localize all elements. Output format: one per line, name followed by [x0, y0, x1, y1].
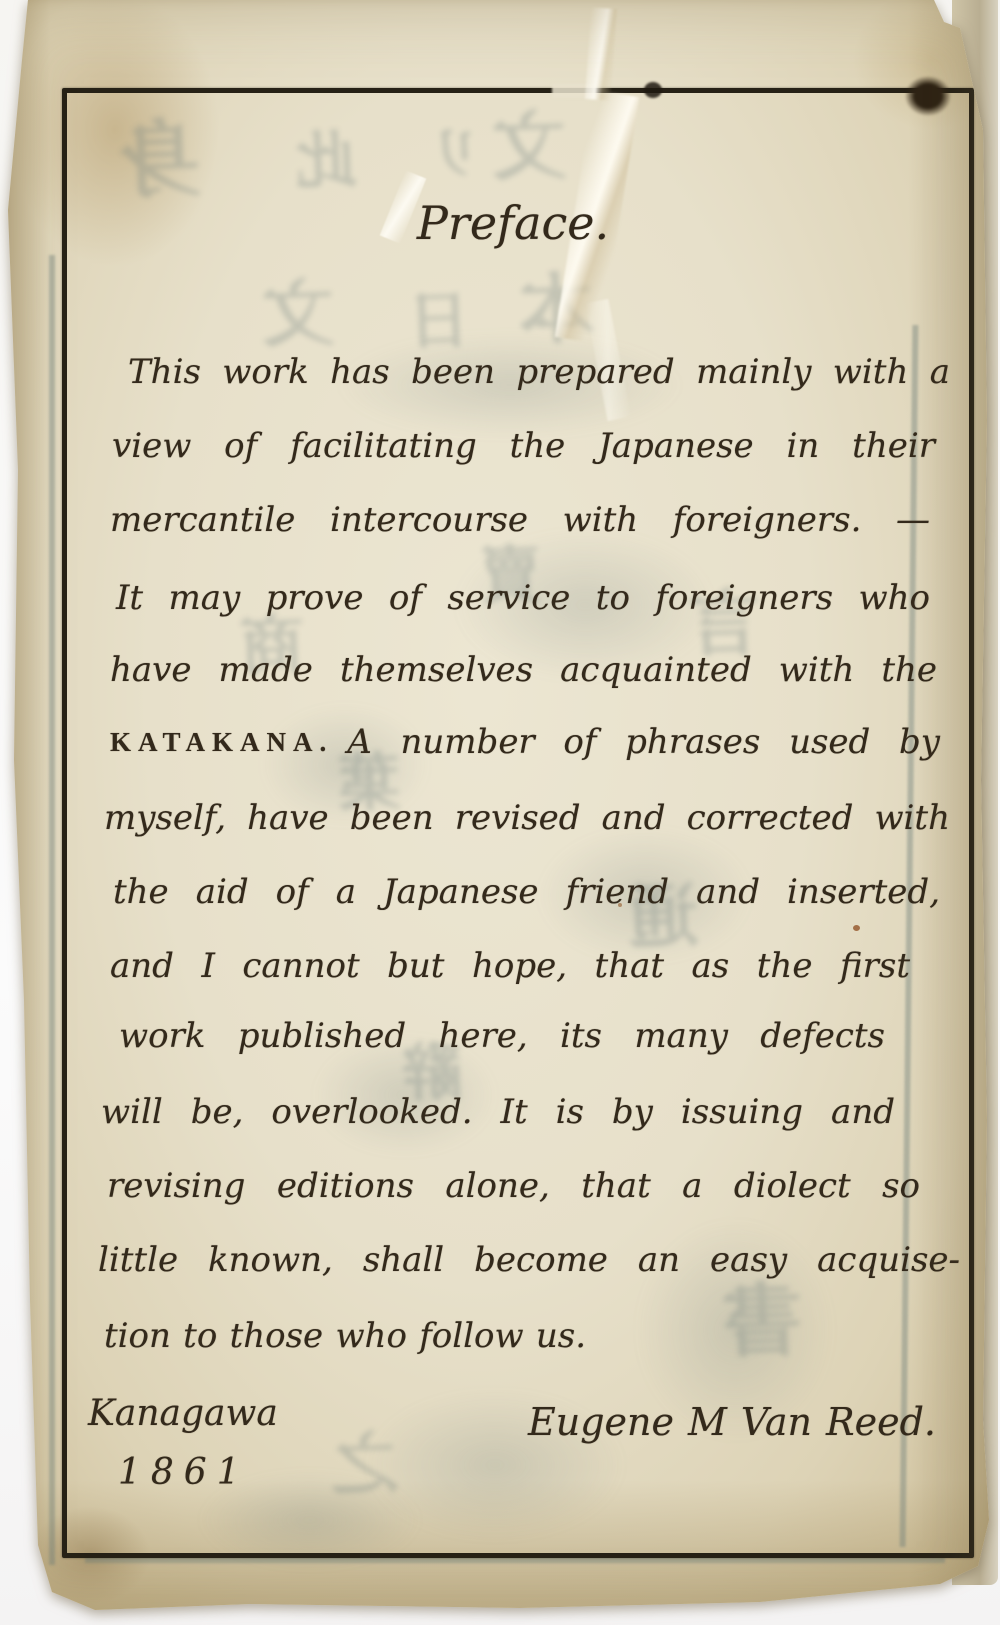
manuscript-line-11: will be, overlooked. It is by issuing an…: [101, 1092, 895, 1132]
bleedthrough-rule: [49, 255, 55, 1565]
manuscript-line-9: and I cannot but hope, that as the first: [110, 946, 910, 986]
manuscript-line-3: mercantile intercourse with foreigners. …: [110, 500, 930, 540]
manuscript-line-5: have made themselves acquainted with the: [110, 650, 937, 690]
manuscript-line-1: This work has been prepared mainly with …: [128, 352, 950, 392]
manuscript-line-7: myself, have been revised and corrected …: [104, 798, 950, 838]
manuscript-line-2: view of facilitating the Japanese in the…: [112, 426, 935, 466]
manuscript-line-8: the aid of a Japanese friend and inserte…: [113, 872, 940, 912]
paper-crease: [585, 7, 617, 101]
manuscript-line-6-rest: A number of phrases used by: [347, 722, 940, 762]
ink-blot: [898, 70, 958, 122]
manuscript-line-10: work published here, its many defects: [119, 1016, 885, 1056]
dateline-year: 1861: [118, 1452, 250, 1493]
author-signature: Eugene M Van Reed.: [528, 1400, 936, 1444]
preface-heading: Preface.: [62, 196, 964, 250]
manuscript-line-14: tion to those who follow us.: [104, 1316, 586, 1356]
manuscript-line-6: KATAKANA.A number of phrases used by: [110, 722, 940, 762]
age-stain: [6, 0, 50, 1610]
manuscript-line-13: little known, shall become an easy acqui…: [98, 1240, 960, 1280]
ink-blot: [644, 82, 662, 98]
photo-backdrop: 身 此 リ 文 文 日 本 商 賣 言 葉 通 辭 書 之: [0, 0, 1000, 1625]
katakana-word: KATAKANA.: [110, 727, 333, 757]
manuscript-page: 身 此 リ 文 文 日 本 商 賣 言 葉 通 辭 書 之: [0, 0, 1000, 1625]
manuscript-line-12: revising editions alone, that a diolect …: [107, 1166, 920, 1206]
dateline-place: Kanagawa: [88, 1393, 278, 1434]
paper-shadow-wrap: 身 此 リ 文 文 日 本 商 賣 言 葉 通 辭 書 之: [0, 0, 1000, 1625]
manuscript-line-4: It may prove of service to foreigners wh…: [116, 578, 930, 618]
